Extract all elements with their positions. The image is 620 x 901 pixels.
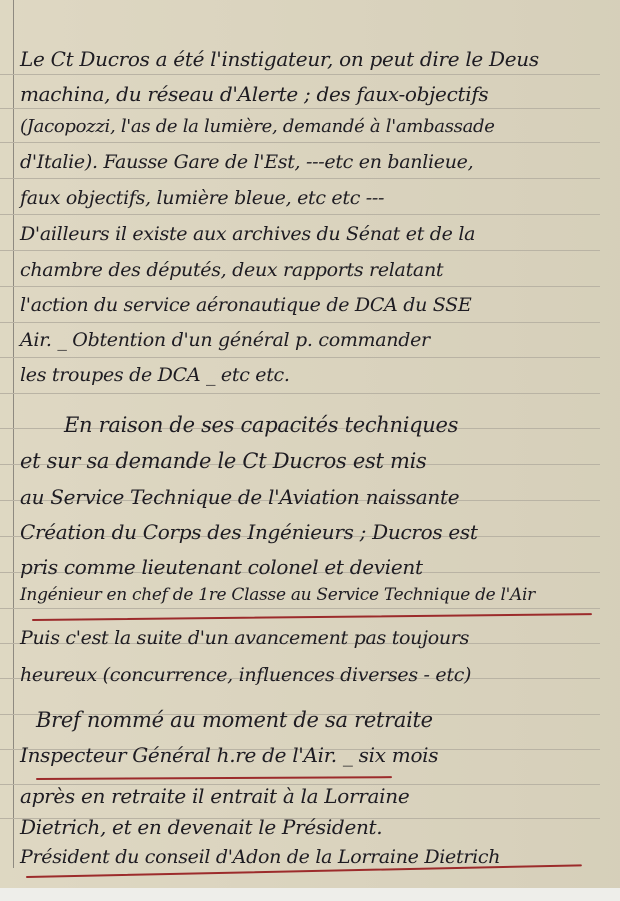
text-line: En raison de ses capacités techniques <box>64 413 458 437</box>
text-line: l'action du service aéronautique de DCA … <box>20 294 471 316</box>
red-underline <box>36 776 392 780</box>
text-line: faux objectifs, lumière bleue, etc etc -… <box>20 187 384 209</box>
ruled-line <box>0 178 600 179</box>
text-line-underlined: Ingénieur en chef de 1re Classe au Servi… <box>20 585 535 605</box>
text-line: et sur sa demande le Ct Ducros est mis <box>20 449 427 473</box>
text-line: Air. _ Obtention d'un général p. command… <box>20 329 430 351</box>
text-line-underlined: Inspecteur Général h.re de l'Air. _ six … <box>20 743 438 767</box>
text-line: D'ailleurs il existe aux archives du Sén… <box>20 223 475 245</box>
ruled-line <box>0 108 600 109</box>
text-line: Dietrich, et en devenait le Président. <box>20 815 382 839</box>
text-line: machina, du réseau d'Alerte ; des faux-o… <box>20 82 488 106</box>
ruled-line <box>0 286 600 287</box>
ruled-line <box>0 393 600 394</box>
ruled-line <box>0 142 600 143</box>
text-line: après en retraite il entrait à la Lorrai… <box>20 784 409 808</box>
text-line: au Service Technique de l'Aviation naiss… <box>20 485 459 509</box>
text-line: les troupes de DCA _ etc etc. <box>20 364 290 386</box>
scan-background <box>0 888 620 901</box>
text-line: heureux (concurrence, influences diverse… <box>20 664 471 686</box>
text-line: d'Italie). Fausse Gare de l'Est, ---etc … <box>20 151 473 173</box>
text-line: Le Ct Ducros a été l'instigateur, on peu… <box>20 47 539 71</box>
ruled-line <box>0 250 600 251</box>
ruled-line <box>0 608 600 609</box>
manuscript-page: Le Ct Ducros a été l'instigateur, on peu… <box>0 0 620 890</box>
text-line: Création du Corps des Ingénieurs ; Ducro… <box>20 520 478 544</box>
text-line: (Jacopozzi, l'as de la lumière, demandé … <box>20 116 495 137</box>
text-line: pris comme lieutenant colonel et devient <box>20 555 423 579</box>
text-line: Bref nommé au moment de sa retraite <box>36 708 433 732</box>
red-underline <box>32 613 592 621</box>
ruled-line <box>0 322 600 323</box>
margin-line <box>13 0 14 868</box>
ruled-line <box>0 214 600 215</box>
ruled-line <box>0 357 600 358</box>
ruled-line <box>0 74 600 75</box>
text-line: Puis c'est la suite d'un avancement pas … <box>20 627 469 649</box>
text-line-underlined: Président du conseil d'Adon de la Lorrai… <box>20 846 500 868</box>
text-line: chambre des députés, deux rapports relat… <box>20 259 443 281</box>
